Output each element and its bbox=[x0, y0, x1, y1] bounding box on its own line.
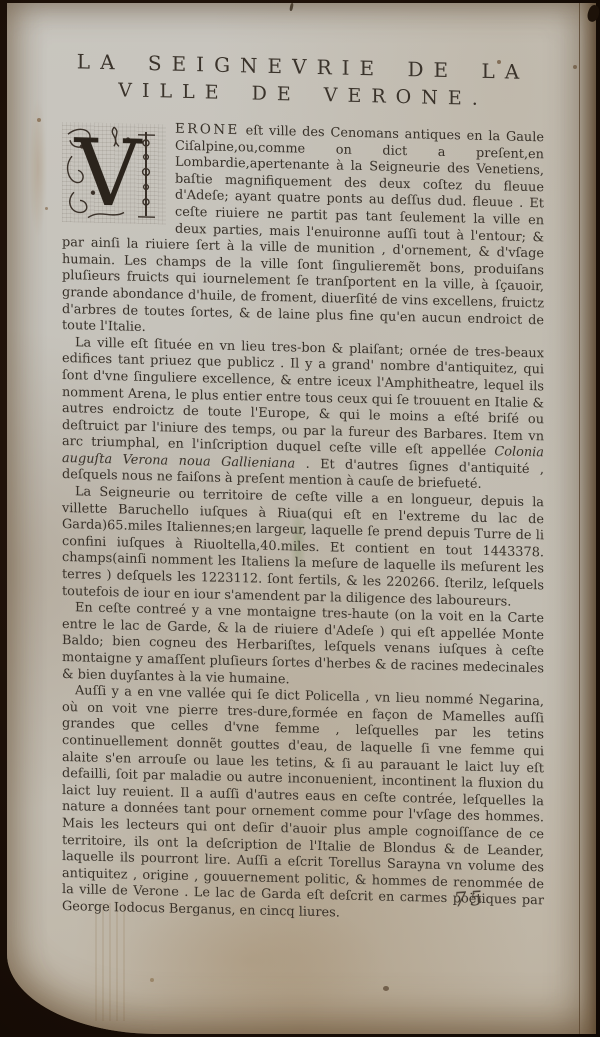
book-page: LA SEIGNEVRIE DE LA VILLE DE VERONE. bbox=[7, 3, 596, 1034]
speck bbox=[150, 978, 154, 982]
paragraph: La ville eſt ſituée en vn lieu tres-bon … bbox=[62, 335, 544, 496]
paragraph: En ceſte contreé y a vne montaigne tres-… bbox=[62, 600, 544, 694]
speck bbox=[37, 118, 41, 122]
paragraph: La Seigneurie ou territoire de ceſte vil… bbox=[62, 484, 544, 612]
paragraph-text: En ceſte contreé y a vne montaigne tres-… bbox=[62, 601, 544, 687]
page-number-handwritten: 75 bbox=[453, 886, 486, 912]
paragraph-opening-caps: ERONE bbox=[175, 122, 240, 139]
ink-mark-top bbox=[289, 3, 294, 11]
speck bbox=[45, 207, 48, 210]
body-text: V ERONE eſt ville des Cenomans antiques … bbox=[62, 119, 544, 927]
page-title-line2: VILLE DE VERONE. bbox=[62, 78, 544, 111]
speck bbox=[573, 65, 577, 69]
stain-left-edge bbox=[29, 98, 47, 238]
speck bbox=[383, 986, 389, 991]
book-fore-edge bbox=[579, 3, 596, 1034]
drop-cap-woodcut: V bbox=[62, 122, 166, 224]
stain-bottom-streaks bbox=[95, 903, 129, 1021]
paragraph-text: La Seigneurie ou territoire de ceſte vil… bbox=[62, 484, 544, 609]
drop-cap-letter: V bbox=[74, 122, 143, 224]
page-content: LA SEIGNEVRIE DE LA VILLE DE VERONE. bbox=[62, 49, 544, 927]
paragraph-text: Auſſi y a en vne vallée qui ſe dict Poli… bbox=[62, 683, 544, 920]
paragraph: V ERONE eſt ville des Cenomans antiques … bbox=[62, 119, 544, 346]
page-title: LA SEIGNEVRIE DE LA VILLE DE VERONE. bbox=[62, 49, 544, 111]
paragraph-text: La ville eſt ſituée en vn lieu tres-bon … bbox=[62, 335, 544, 459]
